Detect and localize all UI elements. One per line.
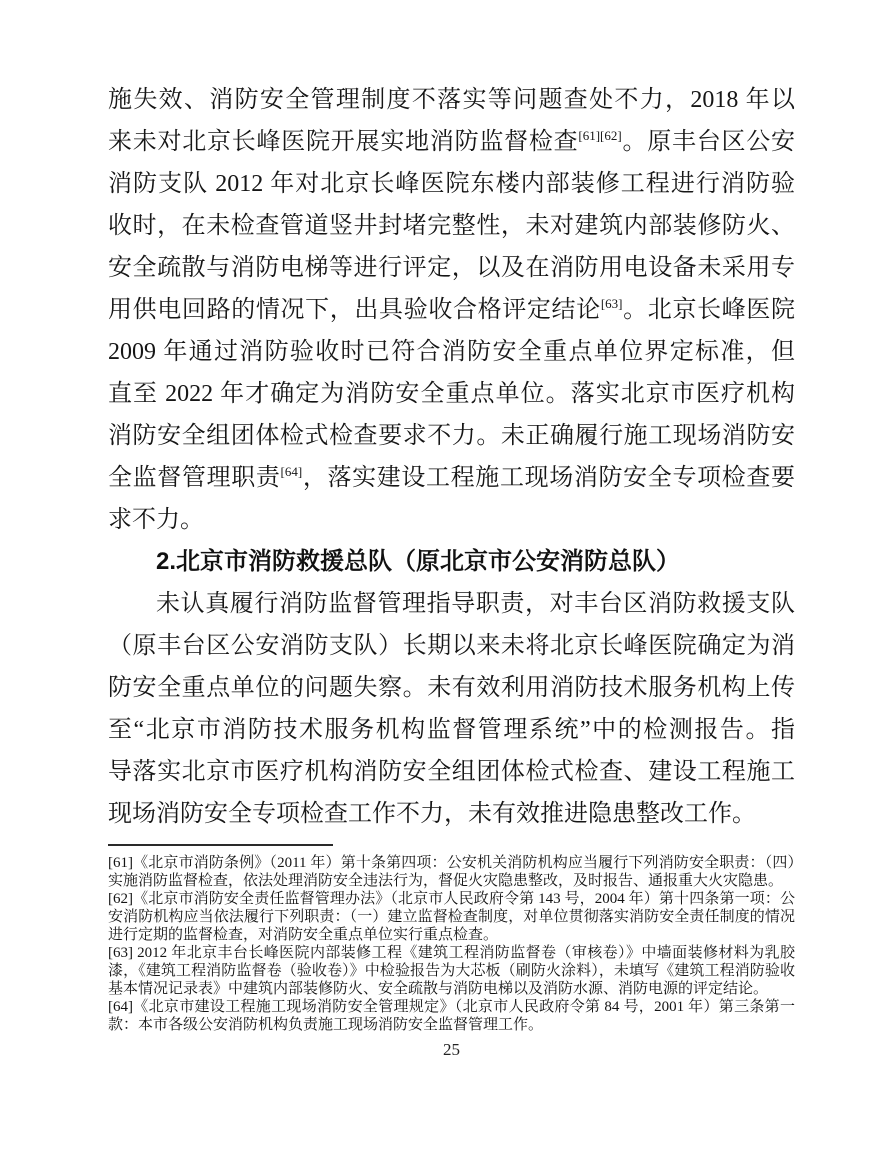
footnote-ref: [64] xyxy=(281,464,303,479)
text-line: 求不力。 xyxy=(108,499,795,541)
text-line: 收时，在未检查管道竖井封堵完整性，未对建筑内部装修防火、 xyxy=(108,205,795,247)
text-line: 至“北京市消防技术服务机构监督管理系统”中的检测报告。指 xyxy=(108,709,795,751)
text-line: 施失效、消防安全管理制度不落实等问题查处不力，2018 年以 xyxy=(108,79,795,121)
paragraph-1: 施失效、消防安全管理制度不落实等问题查处不力，2018 年以来未对北京长峰医院开… xyxy=(108,79,795,541)
paragraph-2: 未认真履行消防监督管理指导职责，对丰台区消防救援支队（原丰台区公安消防支队）长期… xyxy=(108,583,795,835)
footnote: [61]《北京市消防条例》（2011 年）第十条第四项：公安机关消防机构应当履行… xyxy=(108,854,795,890)
footnote: [63] 2012 年北京丰台长峰医院内部装修工程《建筑工程消防监督卷（审核卷）… xyxy=(108,944,795,998)
text-line: 未认真履行消防监督管理指导职责，对丰台区消防救援支队 xyxy=(108,583,795,625)
text-line: 安全疏散与消防电梯等进行评定，以及在消防用电设备未采用专 xyxy=(108,247,795,289)
text-line: 来未对北京长峰医院开展实地消防监督检查[61][62]。原丰台区公安 xyxy=(108,121,795,163)
text-line: （原丰台区公安消防支队）长期以来未将北京长峰医院确定为消 xyxy=(108,625,795,667)
page-content: 施失效、消防安全管理制度不落实等问题查处不力，2018 年以来未对北京长峰医院开… xyxy=(108,79,795,1034)
text-line: 2009 年通过消防验收时已符合消防安全重点单位界定标准，但 xyxy=(108,331,795,373)
footnote-ref: [63] xyxy=(601,296,623,311)
footnote-ref: [61] xyxy=(578,128,600,143)
footnote-ref: [62] xyxy=(600,128,622,143)
text-line: 防安全重点单位的问题失察。未有效利用消防技术服务机构上传 xyxy=(108,667,795,709)
footnotes-section: [61]《北京市消防条例》（2011 年）第十条第四项：公安机关消防机构应当履行… xyxy=(108,854,795,1034)
text-line: 消防支队 2012 年对北京长峰医院东楼内部装修工程进行消防验 xyxy=(108,163,795,205)
text-line: 用供电回路的情况下，出具验收合格评定结论[63]。北京长峰医院 xyxy=(108,289,795,331)
page-number: 25 xyxy=(108,1040,795,1060)
text-line: 现场消防安全专项检查工作不力，未有效推进隐患整改工作。 xyxy=(108,793,795,835)
footnote: [62]《北京市消防安全责任监督管理办法》（北京市人民政府令第 143 号，20… xyxy=(108,890,795,944)
text-line: 消防安全组团体检式检查要求不力。未正确履行施工现场消防安 xyxy=(108,415,795,457)
document-page: 施失效、消防安全管理制度不落实等问题查处不力，2018 年以来未对北京长峰医院开… xyxy=(0,0,882,1170)
footnote: [64]《北京市建设工程施工现场消防安全管理规定》（北京市人民政府令第 84 号… xyxy=(108,998,795,1034)
text-line: 全监督管理职责[64]，落实建设工程施工现场消防安全专项检查要 xyxy=(108,457,795,499)
footnote-separator xyxy=(108,844,333,846)
text-line: 直至 2022 年才确定为消防安全重点单位。落实北京市医疗机构 xyxy=(108,373,795,415)
section-heading: 2.北京市消防救援总队（原北京市公安消防总队） xyxy=(108,541,795,583)
text-line: 导落实北京市医疗机构消防安全组团体检式检查、建设工程施工 xyxy=(108,751,795,793)
